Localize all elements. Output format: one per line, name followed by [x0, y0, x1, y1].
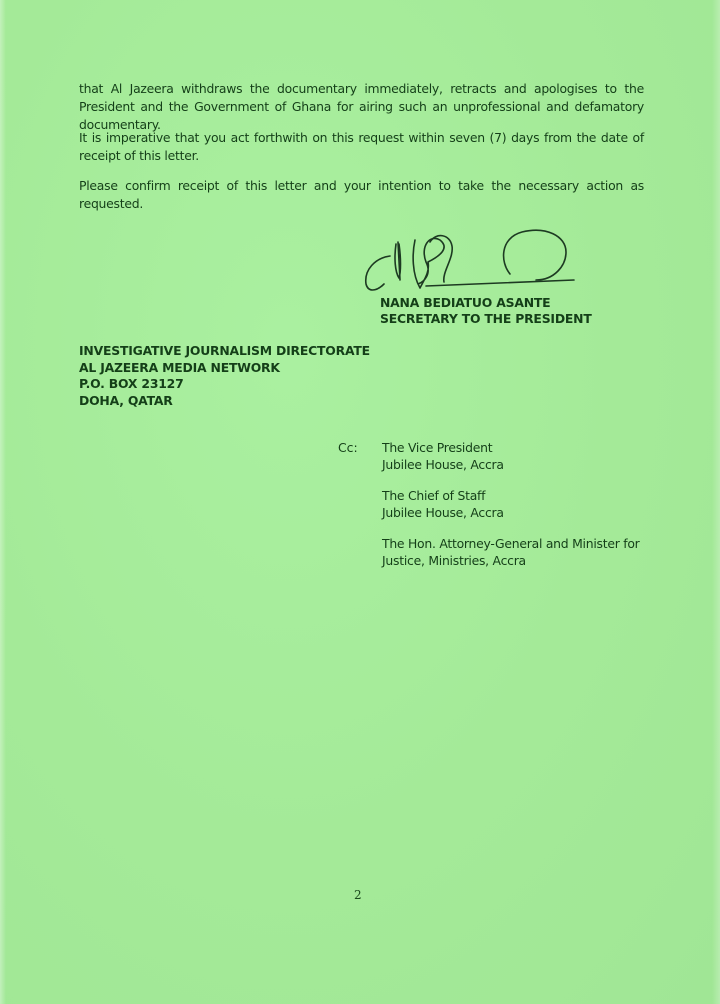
- letter-page: that Al Jazeera withdraws the documentar…: [0, 0, 720, 1004]
- address-line: AL JAZEERA MEDIA NETWORK: [79, 360, 370, 377]
- paragraph-deadline: It is imperative that you act forthwith …: [79, 129, 644, 165]
- cc-entry-vice-president: The Vice President Jubilee House, Accra: [382, 440, 640, 473]
- signature-icon: [360, 222, 580, 302]
- cc-entry-name: The Vice President: [382, 440, 640, 457]
- cc-label: Cc:: [338, 440, 358, 457]
- cc-entry-address: Jubilee House, Accra: [382, 457, 640, 474]
- paragraph-withdrawal-demand: that Al Jazeera withdraws the documentar…: [79, 80, 644, 134]
- signatory-name: NANA BEDIATUO ASANTE: [380, 295, 592, 311]
- cc-entry-attorney-general: The Hon. Attorney-General and Minister f…: [382, 536, 640, 569]
- cc-entry-address: Jubilee House, Accra: [382, 505, 640, 522]
- cc-entry-name: The Hon. Attorney-General and Minister f…: [382, 536, 640, 553]
- cc-list: The Vice President Jubilee House, Accra …: [382, 440, 640, 584]
- paragraph-confirm-receipt: Please confirm receipt of this letter an…: [79, 177, 644, 213]
- address-line: DOHA, QATAR: [79, 393, 370, 410]
- address-line: P.O. BOX 23127: [79, 376, 370, 393]
- address-line: INVESTIGATIVE JOURNALISM DIRECTORATE: [79, 343, 370, 360]
- signatory-block: NANA BEDIATUO ASANTE SECRETARY TO THE PR…: [380, 295, 592, 327]
- signatory-title: SECRETARY TO THE PRESIDENT: [380, 311, 592, 327]
- cc-entry-name: The Chief of Staff: [382, 488, 640, 505]
- recipient-address: INVESTIGATIVE JOURNALISM DIRECTORATE AL …: [79, 343, 370, 409]
- cc-entry-chief-of-staff: The Chief of Staff Jubilee House, Accra: [382, 488, 640, 521]
- page-number: 2: [354, 888, 362, 902]
- cc-entry-address: Justice, Ministries, Accra: [382, 553, 640, 570]
